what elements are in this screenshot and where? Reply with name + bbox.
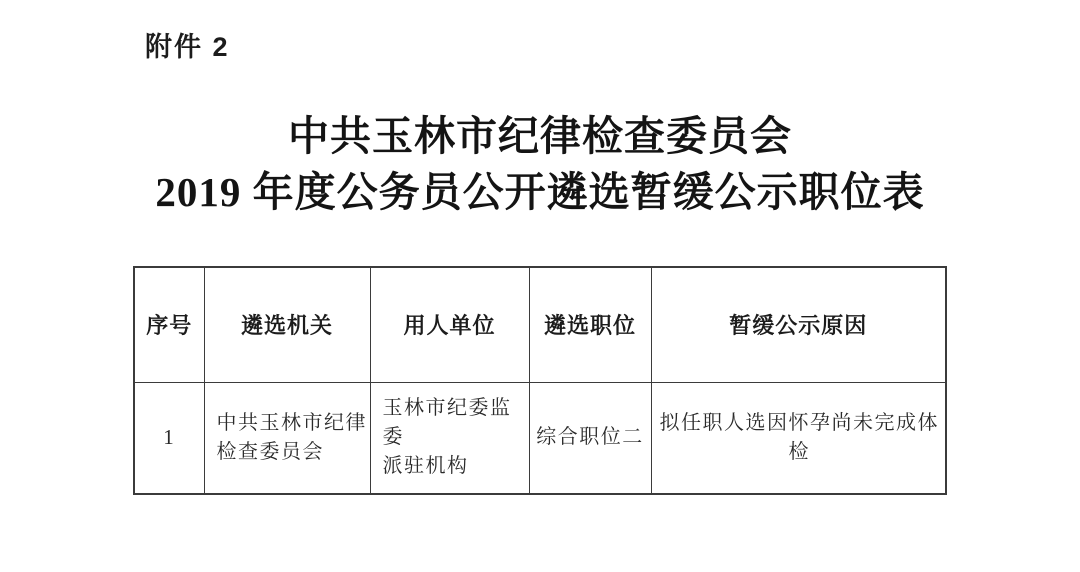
title-line-1: 中共玉林市纪律检查委员会 [0,108,1080,164]
table-body: 1 中共玉林市纪律 检查委员会 玉林市纪委监委 派驻机构 综合职位二 拟任职人选… [134,382,946,494]
table-header: 序号 遴选机关 用人单位 遴选职位 暂缓公示原因 [134,267,946,382]
title-line-2: 2019 年度公务员公开遴选暂缓公示职位表 [0,164,1080,220]
table-row: 1 中共玉林市纪律 检查委员会 玉林市纪委监委 派驻机构 综合职位二 拟任职人选… [134,382,946,494]
cell-employer: 玉林市纪委监委 派驻机构 [370,382,529,494]
col-header-organ: 遴选机关 [204,267,370,382]
attachment-label: 附件 2 [145,25,230,64]
col-header-reason: 暂缓公示原因 [651,267,946,382]
cell-reason: 拟任职人选因怀孕尚未完成体检 [651,382,946,494]
cell-position: 综合职位二 [529,382,651,494]
col-header-employer: 用人单位 [370,267,529,382]
cell-seq: 1 [134,382,204,494]
document-title: 中共玉林市纪律检查委员会 2019 年度公务员公开遴选暂缓公示职位表 [0,108,1080,220]
col-header-position: 遴选职位 [529,267,651,382]
positions-table: 序号 遴选机关 用人单位 遴选职位 暂缓公示原因 1 中共玉林市纪律 检查委员会… [133,266,947,495]
col-header-seq: 序号 [134,267,204,382]
cell-organ: 中共玉林市纪律 检查委员会 [204,382,370,494]
document-page: 附件 2 中共玉林市纪律检查委员会 2019 年度公务员公开遴选暂缓公示职位表 … [0,0,1080,572]
table-header-row: 序号 遴选机关 用人单位 遴选职位 暂缓公示原因 [134,267,946,382]
